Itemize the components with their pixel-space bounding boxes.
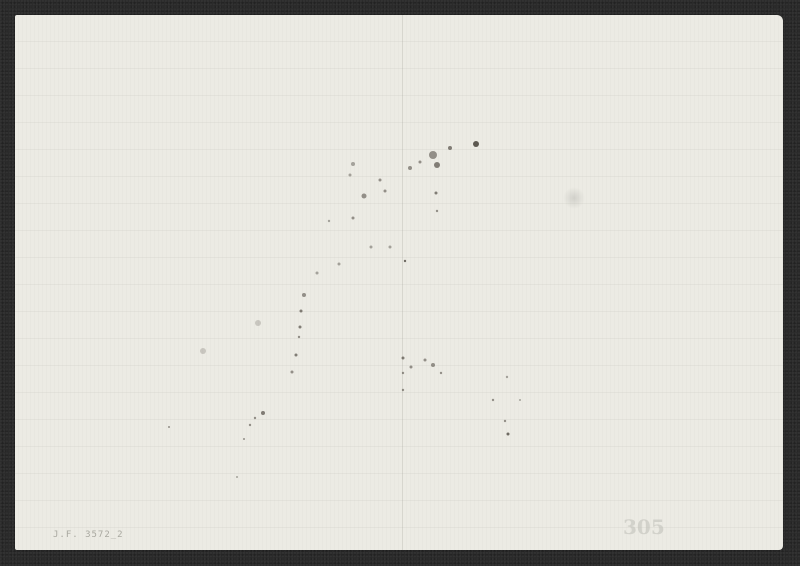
inventory-number: J.F. 3572_2 <box>53 530 124 540</box>
show-through-numeral: 305 <box>623 515 665 539</box>
paper-sheet: J.F. 3572_2 305 <box>15 15 783 550</box>
faint-sketch-marks <box>15 15 783 550</box>
